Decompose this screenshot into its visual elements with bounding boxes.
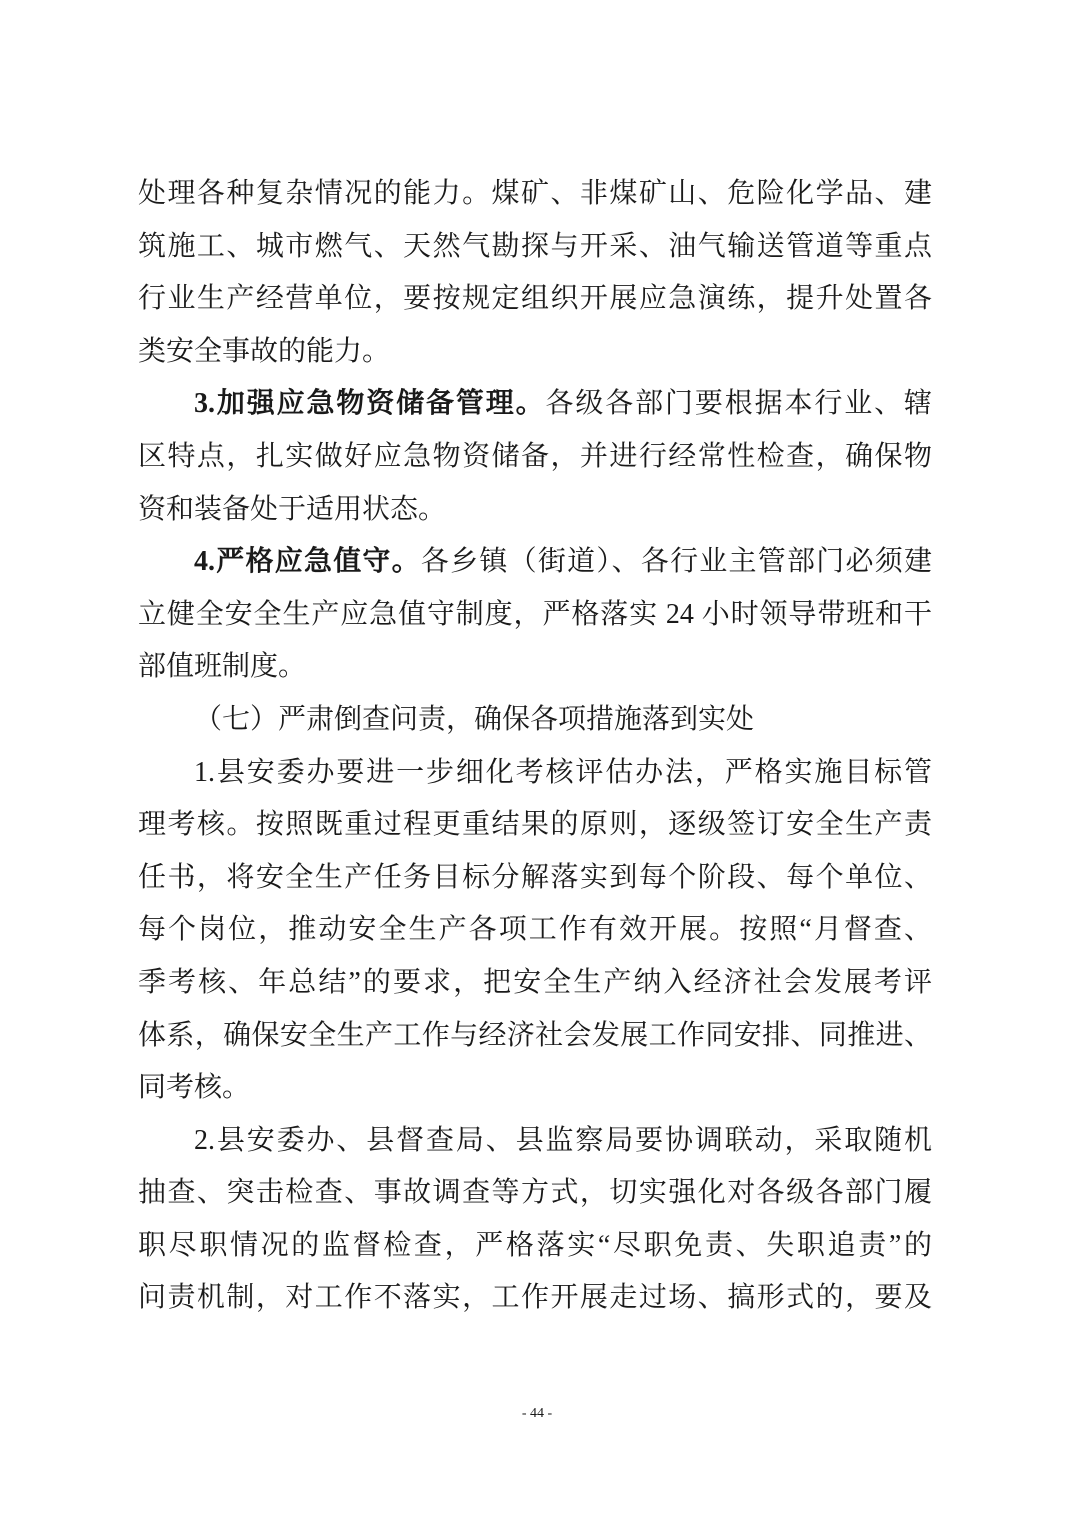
text-run: 区特点，扎实做好应急物资储备，并进行经常性检查，确保物 [138, 441, 932, 472]
text-line: 筑施工、城市燃气、天然气勘探与开采、油气输送管道等重点 [138, 221, 932, 274]
bold-text-run: 4.严格应急值守。 [194, 546, 421, 577]
text-line: 季考核、年总结”的要求，把安全生产纳入经济社会发展考评 [138, 957, 932, 1010]
text-run: 体系，确保安全生产工作与经济社会发展工作同安排、同推进、 [138, 1020, 932, 1051]
text-run: 同考核。 [138, 1072, 250, 1103]
text-run: 资和装备处于适用状态。 [138, 494, 446, 525]
text-run: 理考核。按照既重过程更重结果的原则，逐级签订安全生产责 [138, 809, 932, 840]
text-line: （七）严肃倒查问责，确保各项措施落到实处 [138, 694, 932, 747]
text-run: 季考核、年总结”的要求，把安全生产纳入经济社会发展考评 [138, 967, 932, 998]
text-line: 区特点，扎实做好应急物资储备，并进行经常性检查，确保物 [138, 431, 932, 484]
document-body: 处理各种复杂情况的能力。煤矿、非煤矿山、危险化学品、建筑施工、城市燃气、天然气勘… [138, 168, 932, 1325]
text-line: 行业生产经营单位，要按规定组织开展应急演练，提升处置各 [138, 273, 932, 326]
text-line: 抽查、突击检查、事故调查等方式，切实强化对各级各部门履 [138, 1167, 932, 1220]
text-run: 每个岗位，推动安全生产各项工作有效开展。按照“月督查、 [138, 914, 932, 945]
text-run: 立健全安全生产应急值守制度，严格落实 24 小时领导带班和干 [138, 599, 932, 630]
text-run: 类安全事故的能力。 [138, 336, 390, 367]
text-run: 任书，将安全生产任务目标分解落实到每个阶段、每个单位、 [138, 862, 932, 893]
text-line: 每个岗位，推动安全生产各项工作有效开展。按照“月督查、 [138, 904, 932, 957]
page-number: - 44 - [0, 1406, 1074, 1422]
text-run: 各级各部门要根据本行业、辖 [546, 388, 933, 419]
text-run: 处理各种复杂情况的能力。煤矿、非煤矿山、危险化学品、建 [138, 178, 932, 209]
text-line: 同考核。 [138, 1062, 932, 1115]
text-line: 体系，确保安全生产工作与经济社会发展工作同安排、同推进、 [138, 1010, 932, 1063]
text-run: 行业生产经营单位，要按规定组织开展应急演练，提升处置各 [138, 283, 932, 314]
bold-text-run: 3.加强应急物资储备管理。 [194, 388, 546, 419]
text-line: 类安全事故的能力。 [138, 326, 932, 379]
text-run: 抽查、突击检查、事故调查等方式，切实强化对各级各部门履 [138, 1177, 932, 1208]
document-page: 处理各种复杂情况的能力。煤矿、非煤矿山、危险化学品、建筑施工、城市燃气、天然气勘… [0, 0, 1074, 1520]
text-line: 处理各种复杂情况的能力。煤矿、非煤矿山、危险化学品、建 [138, 168, 932, 221]
text-line: 4.严格应急值守。各乡镇（街道）、各行业主管部门必须建 [138, 536, 932, 589]
text-run: 问责机制，对工作不落实，工作开展走过场、搞形式的，要及 [138, 1282, 932, 1313]
text-line: 立健全安全生产应急值守制度，严格落实 24 小时领导带班和干 [138, 589, 932, 642]
text-line: 职尽职情况的监督检查，严格落实“尽职免责、失职追责”的 [138, 1220, 932, 1273]
text-line: 部值班制度。 [138, 641, 932, 694]
text-run: 职尽职情况的监督检查，严格落实“尽职免责、失职追责”的 [138, 1230, 932, 1261]
text-run: 各乡镇（街道）、各行业主管部门必须建 [421, 546, 932, 577]
text-line: 任书，将安全生产任务目标分解落实到每个阶段、每个单位、 [138, 852, 932, 905]
text-run: 1.县安委办要进一步细化考核评估办法，严格实施目标管 [194, 757, 932, 788]
text-line: 资和装备处于适用状态。 [138, 484, 932, 537]
text-line: 理考核。按照既重过程更重结果的原则，逐级签订安全生产责 [138, 799, 932, 852]
text-line: 3.加强应急物资储备管理。各级各部门要根据本行业、辖 [138, 378, 932, 431]
text-line: 问责机制，对工作不落实，工作开展走过场、搞形式的，要及 [138, 1272, 932, 1325]
text-run: 筑施工、城市燃气、天然气勘探与开采、油气输送管道等重点 [138, 231, 932, 262]
text-run: （七）严肃倒查问责，确保各项措施落到实处 [194, 704, 754, 735]
text-line: 2.县安委办、县督查局、县监察局要协调联动，采取随机 [138, 1115, 932, 1168]
text-run: 部值班制度。 [138, 651, 306, 682]
text-run: 2.县安委办、县督查局、县监察局要协调联动，采取随机 [194, 1125, 932, 1156]
text-line: 1.县安委办要进一步细化考核评估办法，严格实施目标管 [138, 747, 932, 800]
